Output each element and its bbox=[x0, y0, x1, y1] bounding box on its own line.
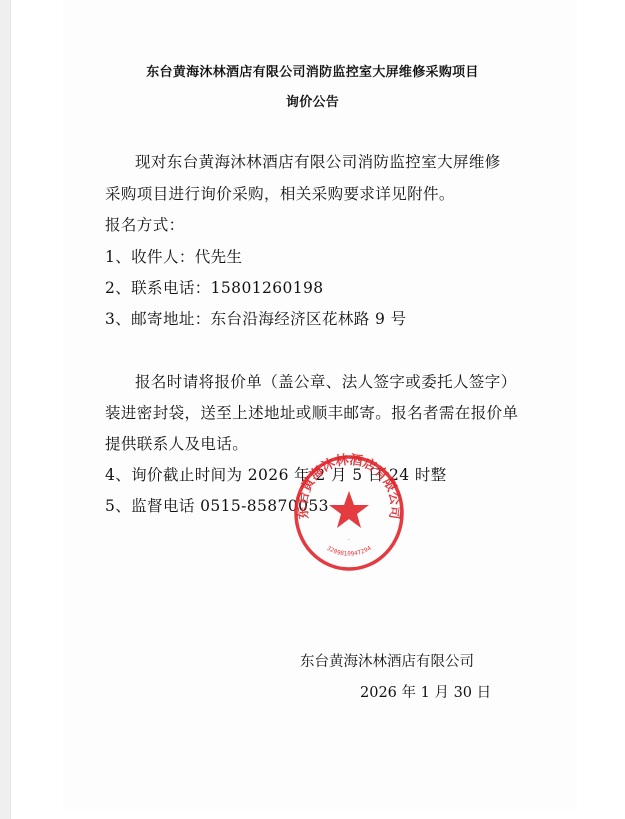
signature-company: 东台黄海沐林酒店有限公司 bbox=[300, 650, 474, 671]
instructions-line-1: 报名时请将报价单（盖公章、法人签字或委托人签字） bbox=[135, 370, 517, 392]
intro-paragraph-line-2: 采购项目进行询价采购，相关采购要求详见附件。 bbox=[105, 182, 455, 204]
recipient-item: 1、收件人：代先生 bbox=[105, 245, 242, 267]
viewer-left-margin bbox=[0, 0, 11, 819]
company-seal-stamp: 东台黄海沐林酒店有限公司 ·· 3209810947294 bbox=[293, 453, 405, 573]
signature-date: 2026 年 1 月 30 日 bbox=[360, 681, 491, 702]
document-title: 东台黄海沐林酒店有限公司消防监控室大屏维修采购项目 bbox=[0, 61, 625, 80]
phone-item: 2、联系电话：15801260198 bbox=[105, 276, 324, 298]
document-subtitle: 询价公告 bbox=[0, 91, 625, 110]
instructions-line-2: 装进密封袋，送至上述地址或顺丰邮寄。报名者需在报价单 bbox=[105, 401, 518, 423]
registration-heading: 报名方式： bbox=[105, 213, 185, 235]
intro-paragraph-line-1: 现对东台黄海沐林酒店有限公司消防监控室大屏维修 bbox=[135, 150, 501, 172]
svg-text:··: ·· bbox=[348, 537, 351, 542]
instructions-line-3: 提供联系人及电话。 bbox=[105, 432, 248, 454]
address-item: 3、邮寄地址：东台沿海经济区花林路 9 号 bbox=[105, 307, 406, 329]
svg-text:3209810947294: 3209810947294 bbox=[325, 545, 372, 558]
